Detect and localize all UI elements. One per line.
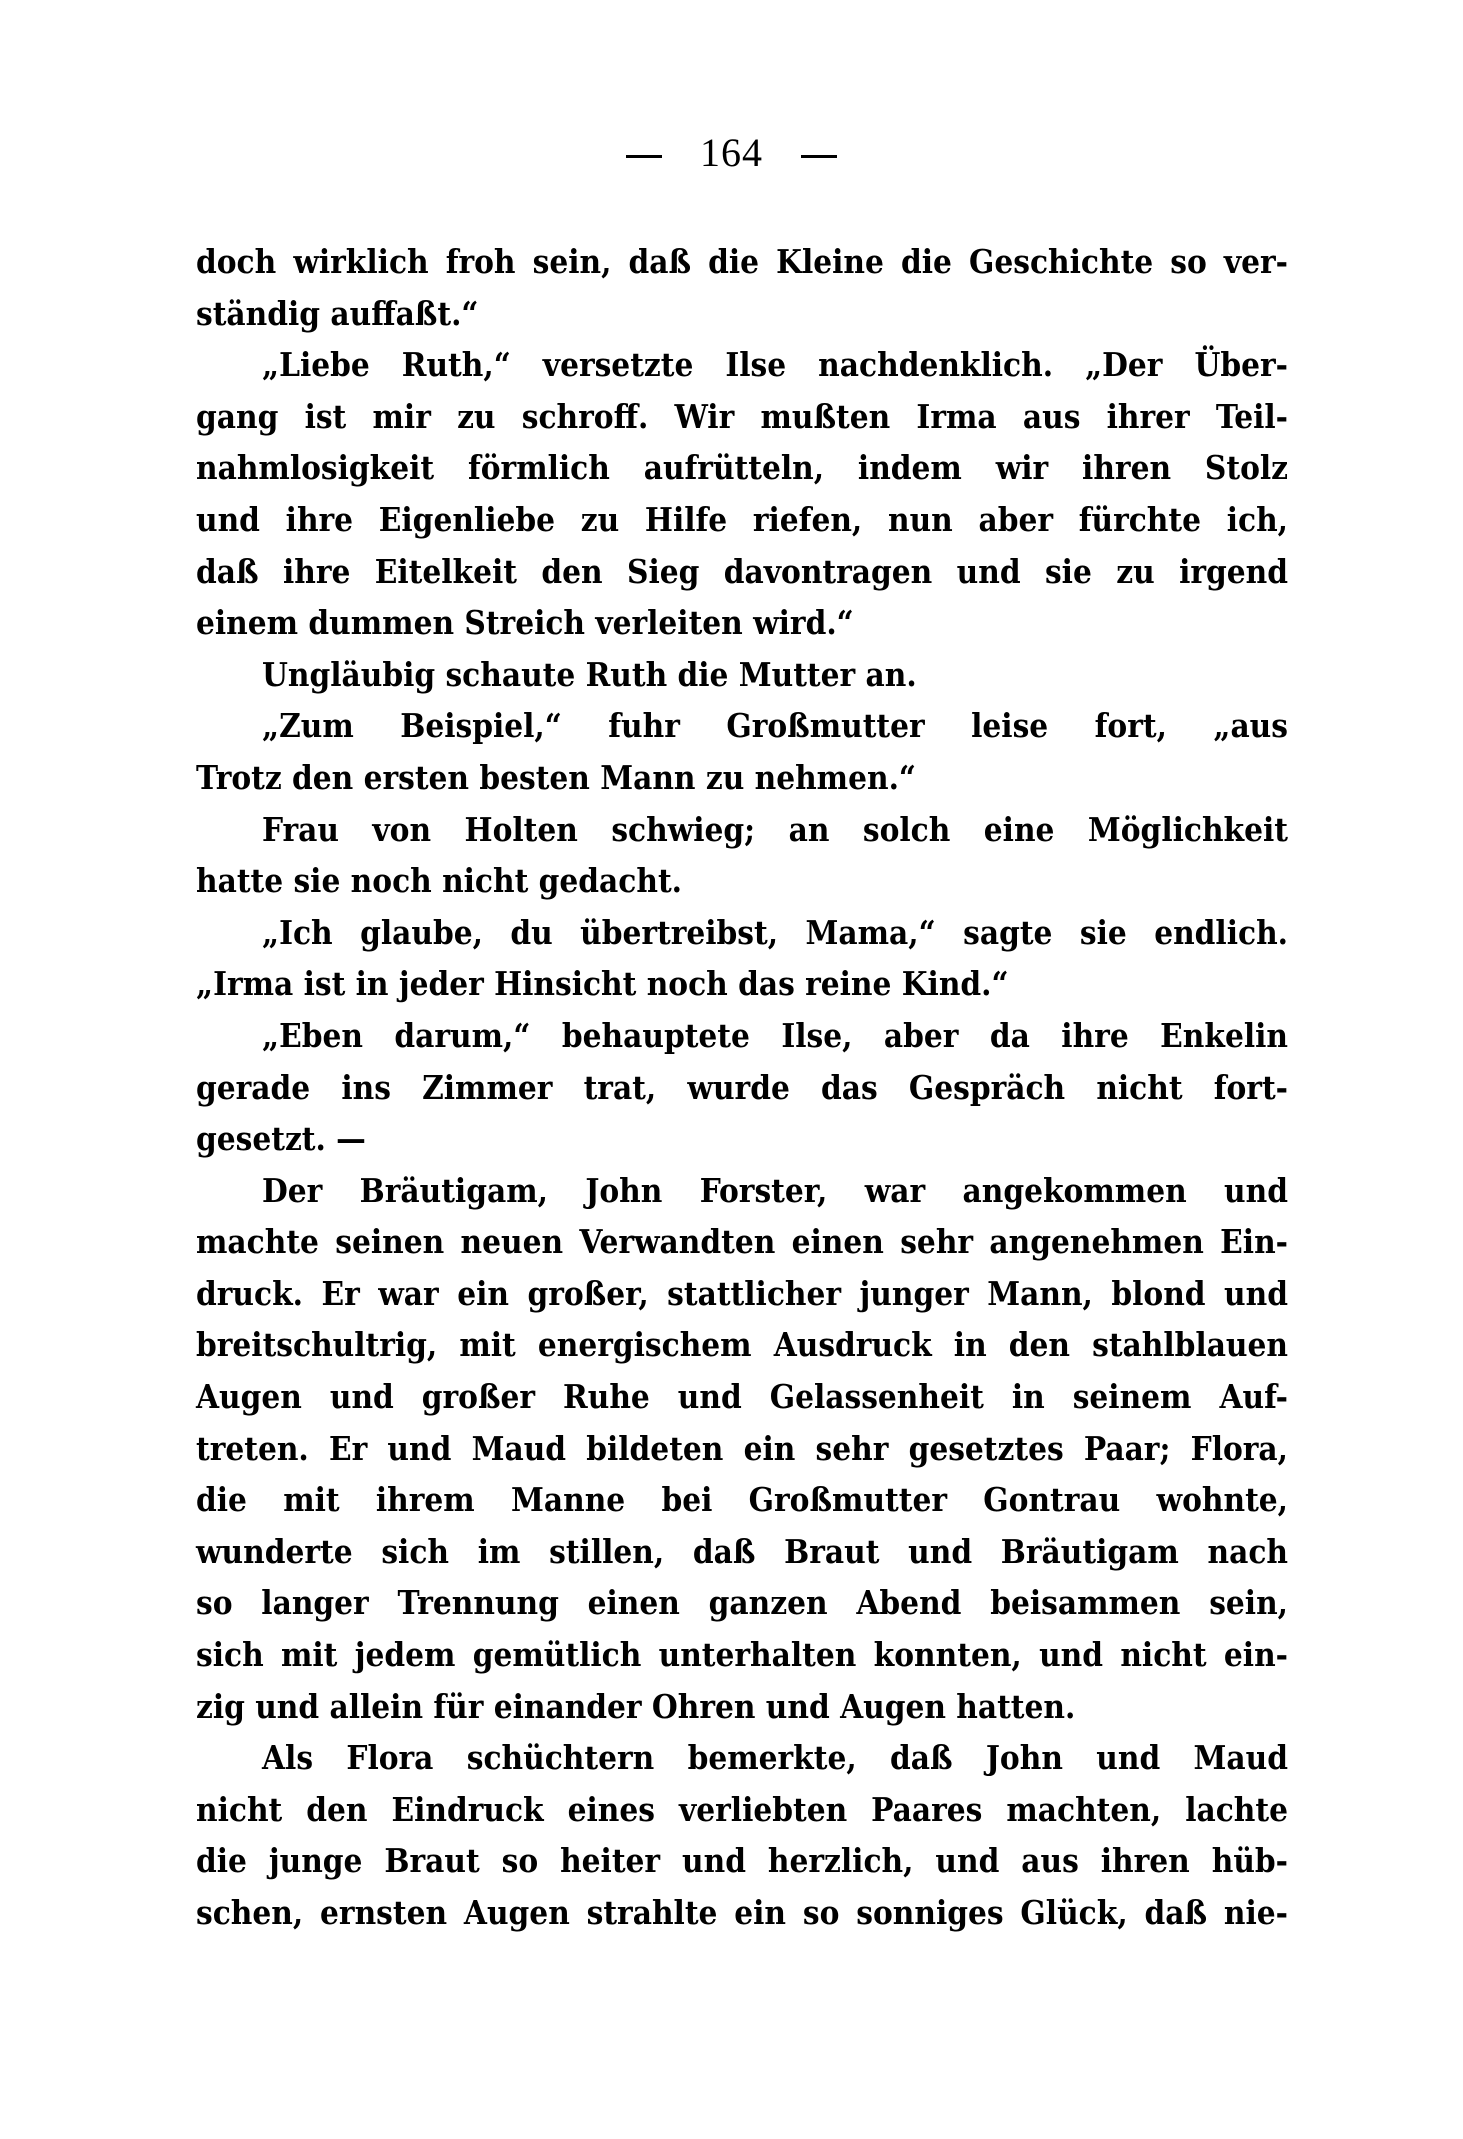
text-line: sich mit jedem gemütlich unterhalten kon… xyxy=(196,1629,1288,1681)
text-line: Ungläubig schaute Ruth die Mutter an. xyxy=(196,649,1288,701)
text-line: gesetzt. — xyxy=(196,1113,1288,1165)
text-line: und ihre Eigenliebe zu Hilfe riefen, nun… xyxy=(196,494,1288,546)
text-line: zig und allein für einander Ohren und Au… xyxy=(196,1681,1288,1733)
text-line: „Irma ist in jeder Hinsicht noch das rei… xyxy=(196,958,1288,1010)
text-line: so langer Trennung einen ganzen Abend be… xyxy=(196,1577,1288,1629)
body-text: doch wirklich froh sein, daß die Kleine … xyxy=(196,236,1288,1939)
text-line: druck. Er war ein großer, stattlicher ju… xyxy=(196,1268,1288,1320)
text-line: schen, ernsten Augen strahlte ein so son… xyxy=(196,1887,1288,1939)
text-line: doch wirklich froh sein, daß die Kleine … xyxy=(196,236,1288,288)
text-line: treten. Er und Maud bildeten ein sehr ge… xyxy=(196,1423,1288,1475)
text-line: gerade ins Zimmer trat, wurde das Gesprä… xyxy=(196,1062,1288,1114)
right-dash xyxy=(801,155,837,158)
text-line: einem dummen Streich verleiten wird.“ xyxy=(196,597,1288,649)
text-line: nahmlosigkeit förmlich aufrütteln, indem… xyxy=(196,442,1288,494)
text-line: Der Bräutigam, John Forster, war angekom… xyxy=(196,1165,1288,1217)
text-line: ständig auffaßt.“ xyxy=(196,288,1288,340)
text-line: Trotz den ersten besten Mann zu nehmen.“ xyxy=(196,752,1288,804)
text-line: „Zum Beispiel,“ fuhr Großmutter leise fo… xyxy=(196,700,1288,752)
text-line: Augen und großer Ruhe und Gelassenheit i… xyxy=(196,1371,1288,1423)
text-line: nicht den Eindruck eines verliebten Paar… xyxy=(196,1784,1288,1836)
text-line: die mit ihrem Manne bei Großmutter Gontr… xyxy=(196,1474,1288,1526)
text-line: wunderte sich im stillen, daß Braut und … xyxy=(196,1526,1288,1578)
text-line: die junge Braut so heiter und herzlich, … xyxy=(196,1835,1288,1887)
text-line: gang ist mir zu schroff. Wir mußten Irma… xyxy=(196,391,1288,443)
text-line: Als Flora schüchtern bemerkte, daß John … xyxy=(196,1732,1288,1784)
text-line: „Ich glaube, du übertreibst, Mama,“ sagt… xyxy=(196,907,1288,959)
text-line: Frau von Holten schwieg; an solch eine M… xyxy=(196,804,1288,856)
text-line: hatte sie noch nicht gedacht. xyxy=(196,855,1288,907)
page-number-header: 164 xyxy=(0,128,1463,178)
text-line: breitschultrig, mit energischem Ausdruck… xyxy=(196,1319,1288,1371)
page-number: 164 xyxy=(700,130,763,175)
text-line: machte seinen neuen Verwandten einen seh… xyxy=(196,1216,1288,1268)
left-dash xyxy=(626,155,662,158)
text-line: „Liebe Ruth,“ versetzte Ilse nachdenklic… xyxy=(196,339,1288,391)
text-line: „Eben darum,“ behauptete Ilse, aber da i… xyxy=(196,1010,1288,1062)
text-line: daß ihre Eitelkeit den Sieg davontragen … xyxy=(196,546,1288,598)
